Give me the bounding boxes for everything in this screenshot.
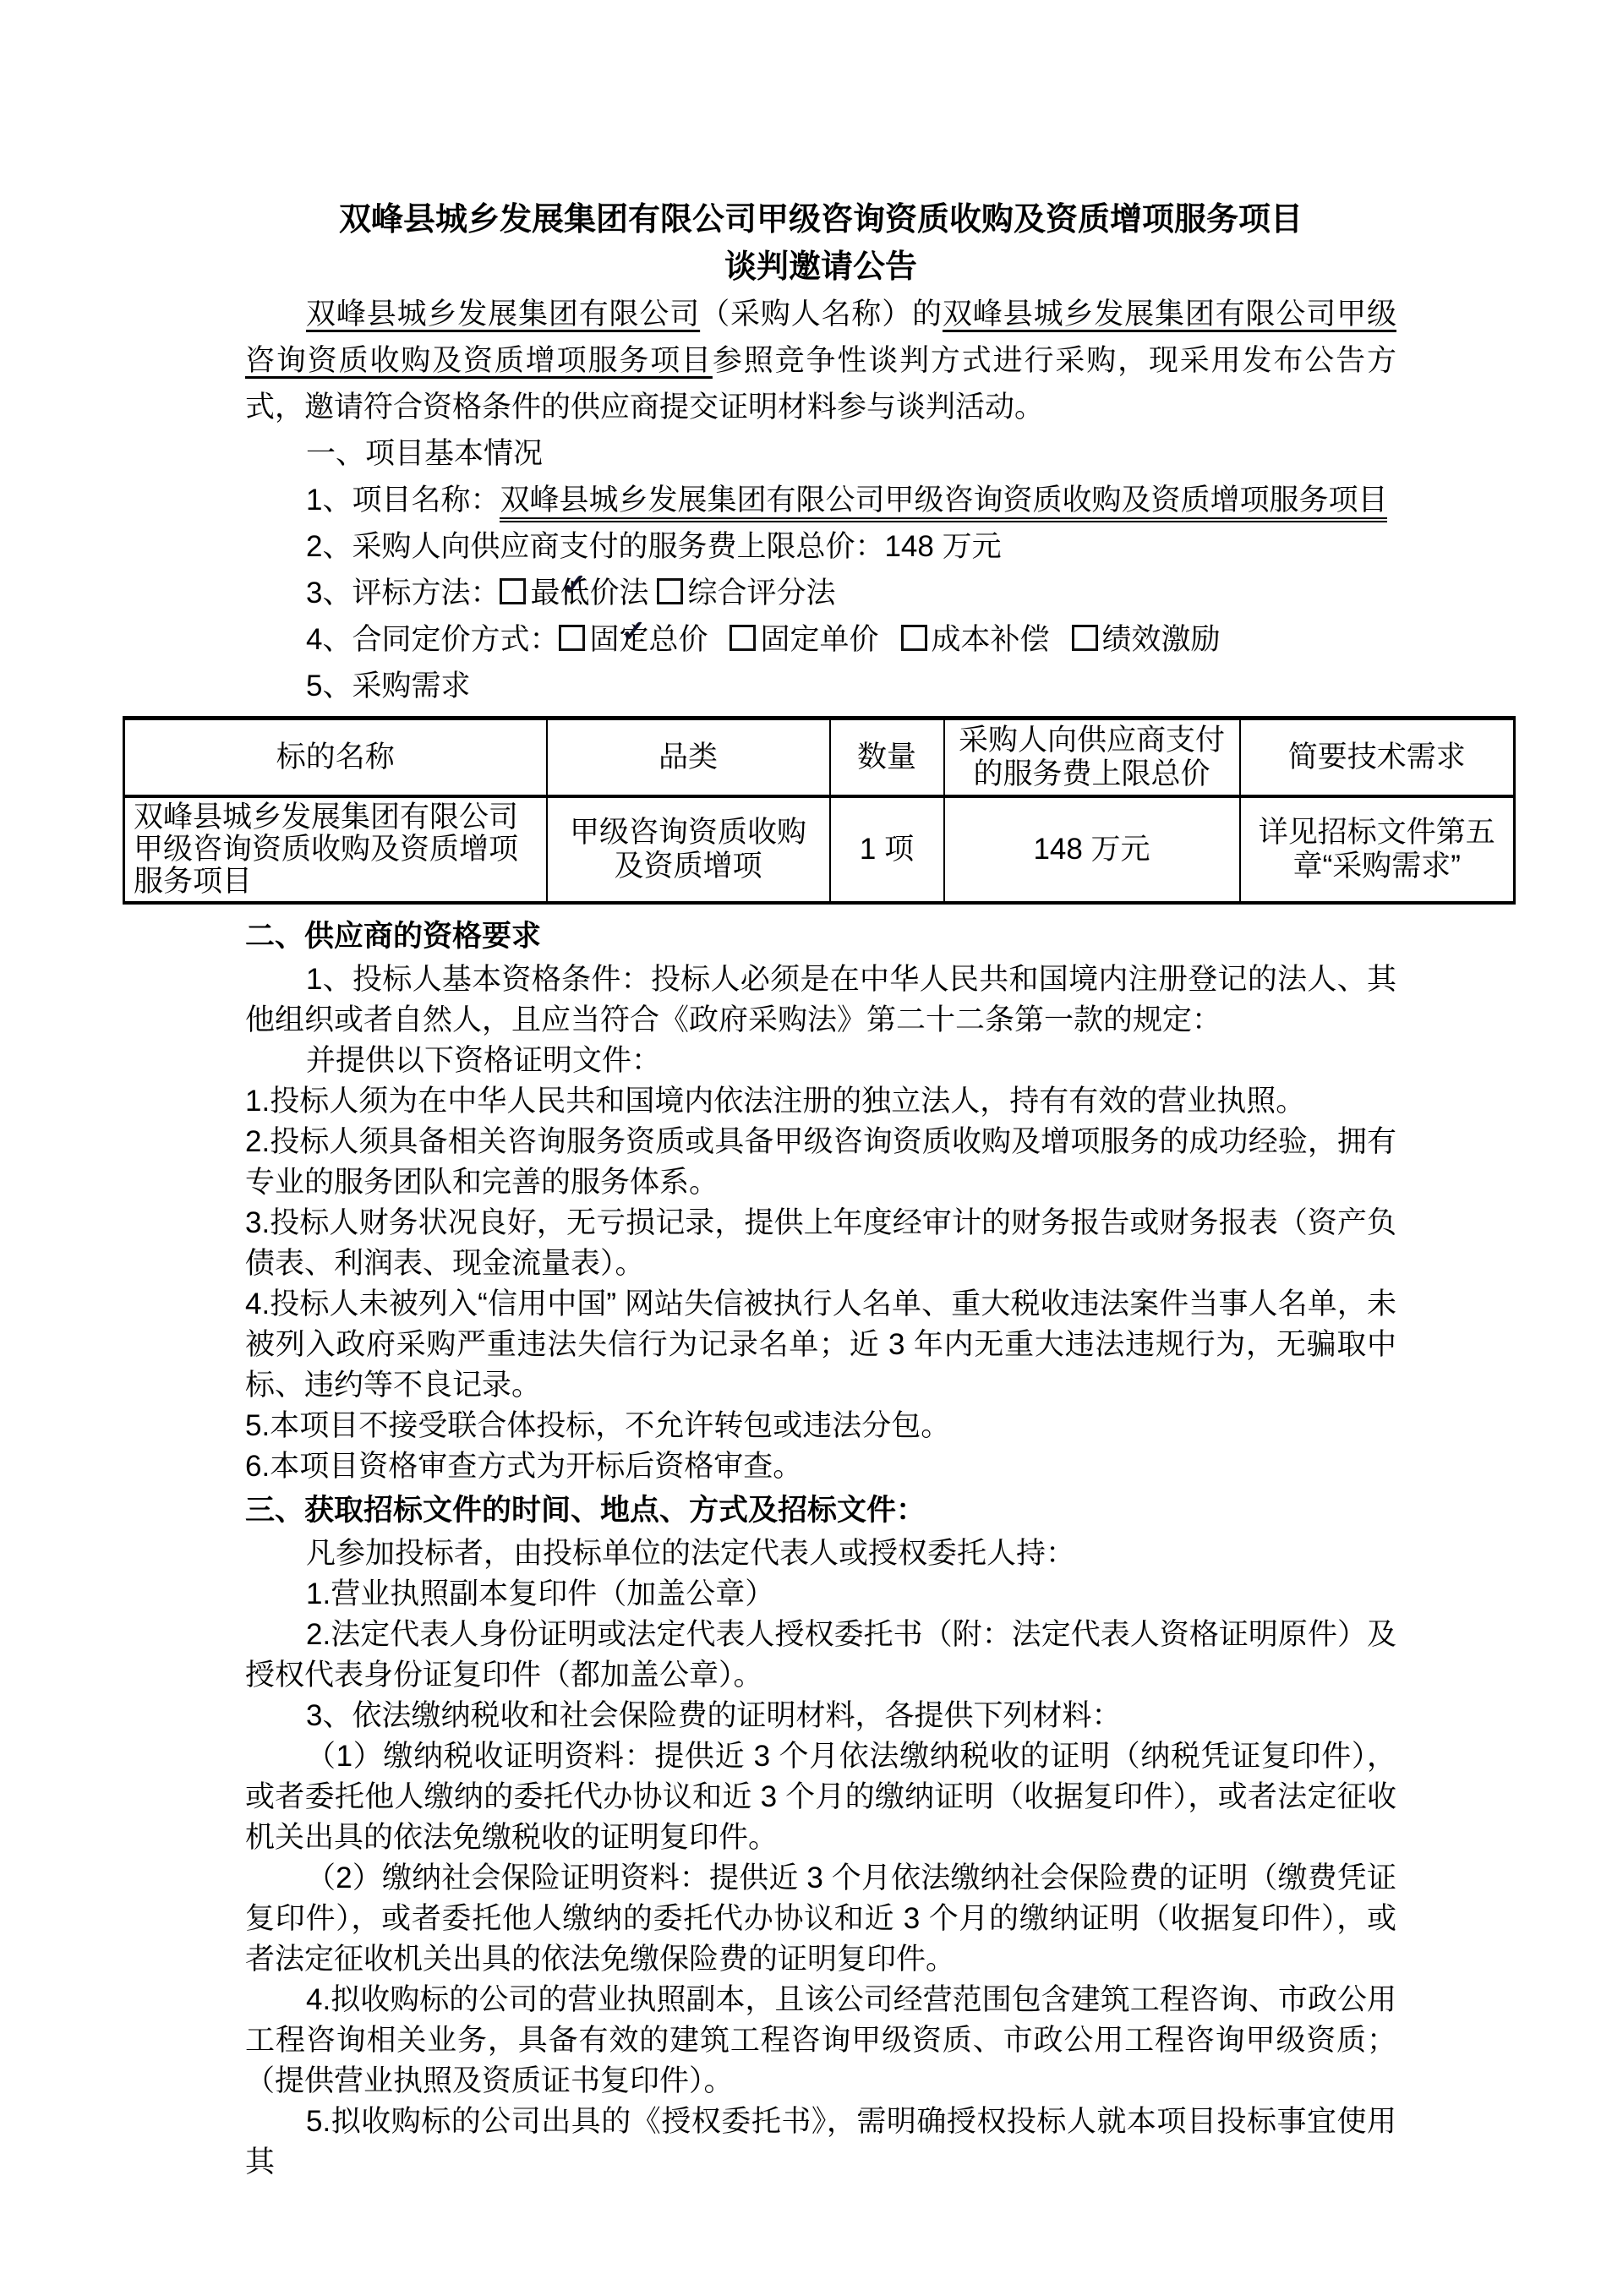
option-comprehensive-scoring: 综合评分法 bbox=[657, 577, 835, 610]
item4-label: 4、合同定价方式： bbox=[306, 623, 559, 656]
checkbox-unchecked-icon bbox=[657, 578, 683, 604]
item1-project-name: 双峰县城乡发展集团有限公司甲级咨询资质收购及资质增项服务项目 bbox=[500, 484, 1387, 522]
check-mark-icon: ✓ bbox=[500, 570, 587, 600]
section2-paragraph-5: 3.投标人财务状况良好，无亏损记录，提供上年度经审计的财务报告或财务报表（资产负… bbox=[245, 1203, 1396, 1284]
checkbox-unchecked-icon bbox=[901, 625, 927, 651]
table-cell-price-cap: 148 万元 bbox=[944, 796, 1240, 903]
table-header-quantity: 数量 bbox=[830, 719, 944, 797]
section2-paragraph-6: 4.投标人未被列入“信用中国” 网站失信被执行人名单、重大税收违法案件当事人名单… bbox=[245, 1284, 1396, 1406]
section3-paragraph-4: 3、依法缴纳税收和社会保险费的证明材料，各提供下列材料： bbox=[245, 1696, 1396, 1736]
section1-item3: 3、评标方法：✓最低价法综合评分法 bbox=[245, 570, 1396, 616]
item1-label: 1、项目名称： bbox=[306, 484, 500, 517]
option-label: 综合评分法 bbox=[687, 577, 835, 610]
table-cell-tech-requirements: 详见招标文件第五章“采购需求” bbox=[1240, 796, 1515, 903]
section1-item1: 1、项目名称：双峰县城乡发展集团有限公司甲级咨询资质收购及资质增项服务项目 bbox=[245, 477, 1396, 523]
check-mark-icon: ✓ bbox=[560, 616, 646, 647]
section3-paragraph-8: 5.拟收购标的公司出具的《授权委托书》，需明确授权投标人就本项目投标事宜使用其 bbox=[245, 2102, 1396, 2183]
table-header-tech-requirements: 简要技术需求 bbox=[1240, 719, 1515, 797]
procurement-table: 标的名称 品类 数量 采购人向供应商支付的服务费上限总价 简要技术需求 双峰县城… bbox=[123, 716, 1516, 905]
section1-item2: 2、采购人向供应商支付的服务费上限总价：148 万元 bbox=[245, 523, 1396, 570]
checkbox-unchecked-icon bbox=[730, 625, 756, 651]
document-page: 双峰县城乡发展集团有限公司甲级咨询资质收购及资质增项服务项目 谈判邀请公告 双峰… bbox=[0, 0, 1623, 2296]
section3-paragraph-6: （2）缴纳社会保险证明资料：提供近 3 个月依法缴纳社会保险费的证明（缴费凭证复… bbox=[245, 1858, 1396, 1980]
table-header-row: 标的名称 品类 数量 采购人向供应商支付的服务费上限总价 简要技术需求 bbox=[124, 719, 1515, 797]
section1-item5: 5、采购需求 bbox=[245, 663, 1396, 709]
option-label: 固定单价 bbox=[760, 623, 878, 656]
section2-paragraph-4: 2.投标人须具备相关咨询服务资质或具备甲级咨询资质收购及增项服务的成功经验，拥有… bbox=[245, 1122, 1396, 1203]
checkbox-checked-icon: ✓ bbox=[559, 625, 585, 651]
section3-paragraph-7: 4.拟收购标的公司的营业执照副本，且该公司经营范围包含建筑工程咨询、市政公用工程… bbox=[245, 1980, 1396, 2102]
table-header-category: 品类 bbox=[547, 719, 830, 797]
table-header-subject-name: 标的名称 bbox=[124, 719, 547, 797]
section2-paragraph-7: 5.本项目不接受联合体投标，不允许转包或违法分包。 bbox=[245, 1406, 1396, 1446]
option-label: 绩效激励 bbox=[1102, 623, 1221, 656]
option-fixed-unit-price: 固定单价 bbox=[730, 623, 878, 656]
table-header-price-cap: 采购人向供应商支付的服务费上限总价 bbox=[944, 719, 1240, 797]
section2-paragraph-1: 1、投标人基本资格条件：投标人必须是在中华人民共和国境内注册登记的法人、其他组织… bbox=[245, 959, 1396, 1041]
section3-paragraph-1: 凡参加投标者，由投标单位的法定代表人或授权委托人持： bbox=[245, 1533, 1396, 1574]
section3-paragraph-2: 1.营业执照副本复印件（加盖公章） bbox=[245, 1574, 1396, 1615]
checkbox-checked-icon: ✓ bbox=[500, 578, 526, 604]
section2-heading: 二、供应商的资格要求 bbox=[245, 913, 1396, 959]
section1-heading: 一、项目基本情况 bbox=[245, 430, 1396, 477]
table-row: 双峰县城乡发展集团有限公司甲级咨询资质收购及资质增项服务项目 甲级咨询资质收购及… bbox=[124, 796, 1515, 903]
section2-paragraph-3: 1.投标人须为在中华人民共和国境内依法注册的独立法人，持有有效的营业执照。 bbox=[245, 1081, 1396, 1122]
item3-label: 3、评标方法： bbox=[306, 577, 500, 610]
section3-paragraph-5: （1）缴纳税收证明资料：提供近 3 个月依法缴纳税收的证明（纳税凭证复印件），或… bbox=[245, 1736, 1396, 1858]
section2-paragraph-8: 6.本项目资格审查方式为开标后资格审查。 bbox=[245, 1446, 1396, 1487]
intro-paragraph: 双峰县城乡发展集团有限公司（采购人名称）的双峰县城乡发展集团有限公司甲级咨询资质… bbox=[245, 291, 1396, 430]
option-performance-incentive: 绩效激励 bbox=[1072, 623, 1221, 656]
purchaser-name-underlined: 双峰县城乡发展集团有限公司 bbox=[306, 298, 700, 331]
intro-text-mid: （采购人名称）的 bbox=[700, 298, 943, 331]
section3-heading: 三、获取招标文件的时间、地点、方式及招标文件： bbox=[245, 1487, 1396, 1533]
table-cell-category: 甲级咨询资质收购及资质增项 bbox=[547, 796, 830, 903]
table-cell-quantity: 1 项 bbox=[830, 796, 944, 903]
option-fixed-total-price: ✓固定总价 bbox=[559, 623, 708, 656]
section3-paragraph-3: 2.法定代表人身份证明或法定代表人授权委托书（附：法定代表人资格证明原件）及授权… bbox=[245, 1615, 1396, 1696]
option-cost-compensation: 成本补偿 bbox=[901, 623, 1050, 656]
section2-paragraph-2: 并提供以下资格证明文件： bbox=[245, 1041, 1396, 1081]
option-label: 成本补偿 bbox=[932, 623, 1050, 656]
option-lowest-price-method: ✓最低价法 bbox=[500, 577, 648, 610]
table-cell-subject-name: 双峰县城乡发展集团有限公司甲级咨询资质收购及资质增项服务项目 bbox=[124, 796, 547, 903]
document-title-line1: 双峰县城乡发展集团有限公司甲级咨询资质收购及资质增项服务项目 bbox=[245, 196, 1396, 243]
section1-item4: 4、合同定价方式：✓固定总价固定单价成本补偿绩效激励 bbox=[245, 616, 1396, 663]
document-title-line2: 谈判邀请公告 bbox=[245, 243, 1396, 291]
checkbox-unchecked-icon bbox=[1072, 625, 1098, 651]
